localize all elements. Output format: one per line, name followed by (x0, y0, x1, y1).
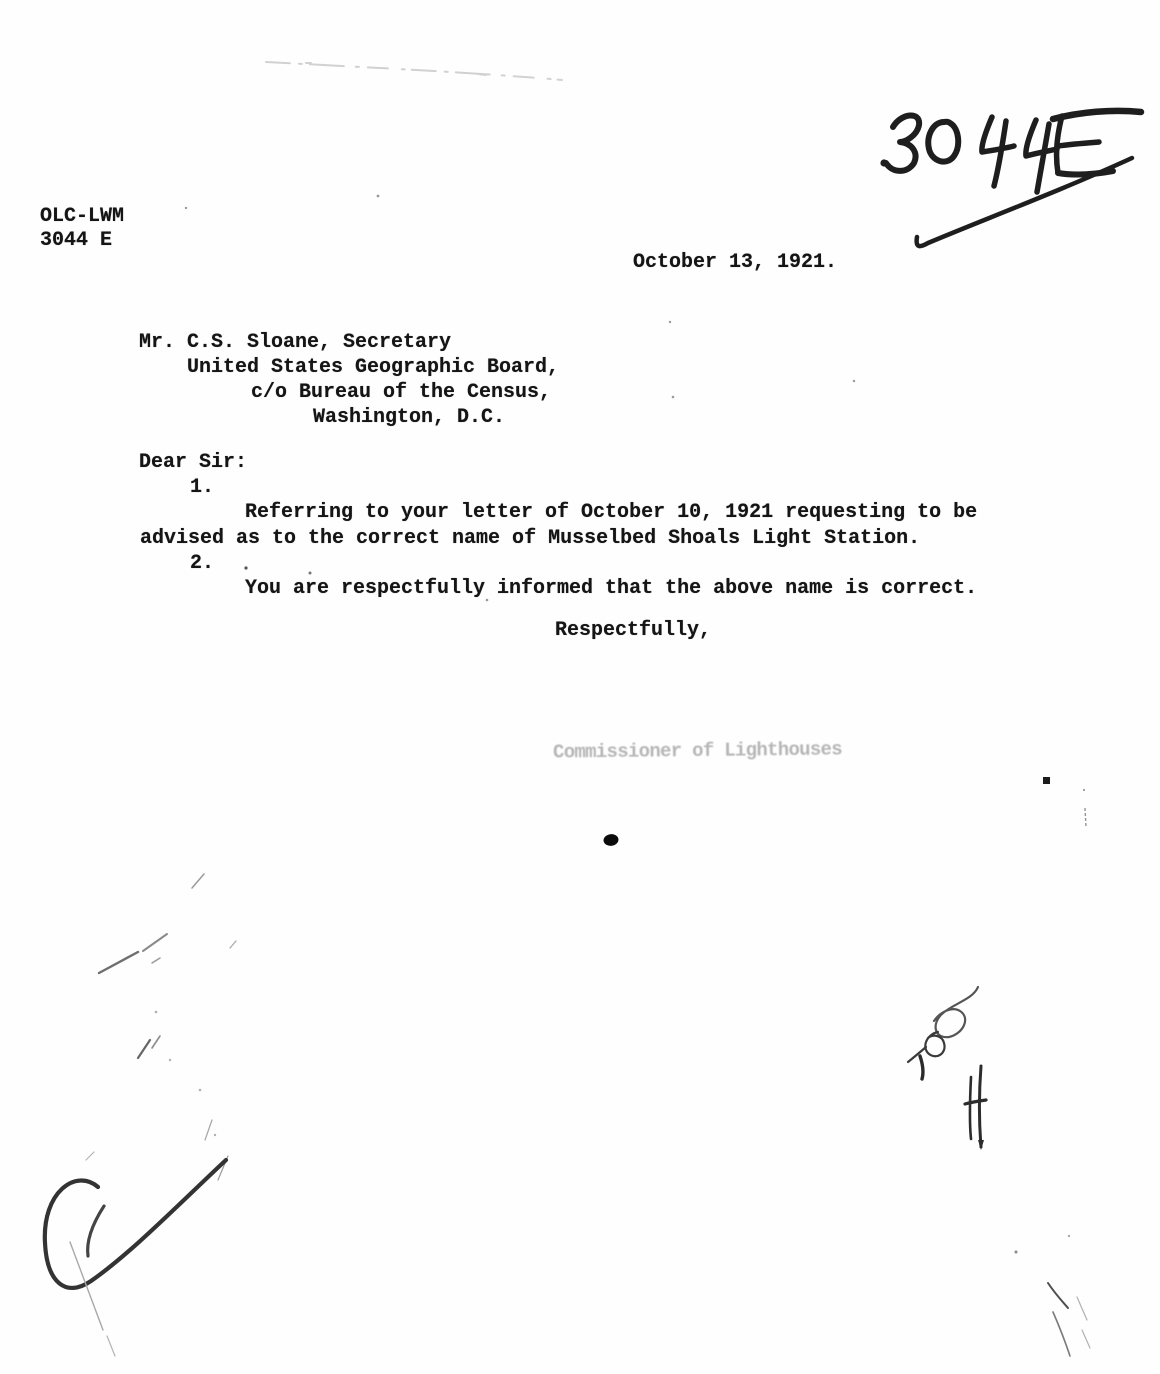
recipient-city: Washington, D.C. (313, 406, 505, 430)
scanned-letter-page: OLC-LWM 3044 E October 13, 1921. Mr. C.S… (0, 0, 1160, 1374)
dark-speck (1043, 777, 1050, 784)
salutation: Dear Sir: (139, 451, 247, 475)
date-line: October 13, 1921. (633, 251, 837, 275)
faint-edge-tick (1085, 808, 1086, 827)
handwritten-number-text: 3044E (0, 0, 1, 1)
pencil-scribble-loops (908, 987, 978, 1079)
recipient-care-of: c/o Bureau of the Census, (251, 381, 551, 405)
recipient-organization: United States Geographic Board, (187, 356, 559, 380)
file-reference-line-1: OLC-LWM (40, 205, 124, 229)
handwriting-dot (880, 159, 887, 166)
signature-stamp-text: Commissioner of Lighthouses (553, 738, 842, 763)
ink-blob-mark (603, 833, 619, 847)
file-reference-line-2: 3044 E (40, 229, 112, 253)
pencil-scratch-field (99, 874, 236, 1180)
closing-line: Respectfully, (555, 619, 711, 643)
handwritten-number-annotation (880, 111, 1141, 246)
recipient-name: Mr. C.S. Sloane, Secretary (139, 331, 451, 355)
paragraph-1-line-2: advised as to the correct name of Mussel… (140, 527, 920, 551)
pencil-h-mark (965, 1066, 986, 1150)
paragraph-2-number: 2. (190, 552, 214, 576)
pencil-cursive-mark (45, 1152, 226, 1356)
scan-artifact-faint-line (266, 62, 562, 80)
handwriting-swoosh-line (917, 158, 1132, 246)
paragraph-1-line-1: Referring to your letter of October 10, … (245, 501, 977, 525)
paragraph-1-number: 1. (190, 476, 214, 500)
bottom-right-scratches (1015, 1235, 1091, 1356)
paragraph-2-line-1: You are respectfully informed that the a… (245, 577, 977, 601)
scan-marks-layer (0, 0, 1160, 1374)
stray-specks (185, 195, 1085, 792)
